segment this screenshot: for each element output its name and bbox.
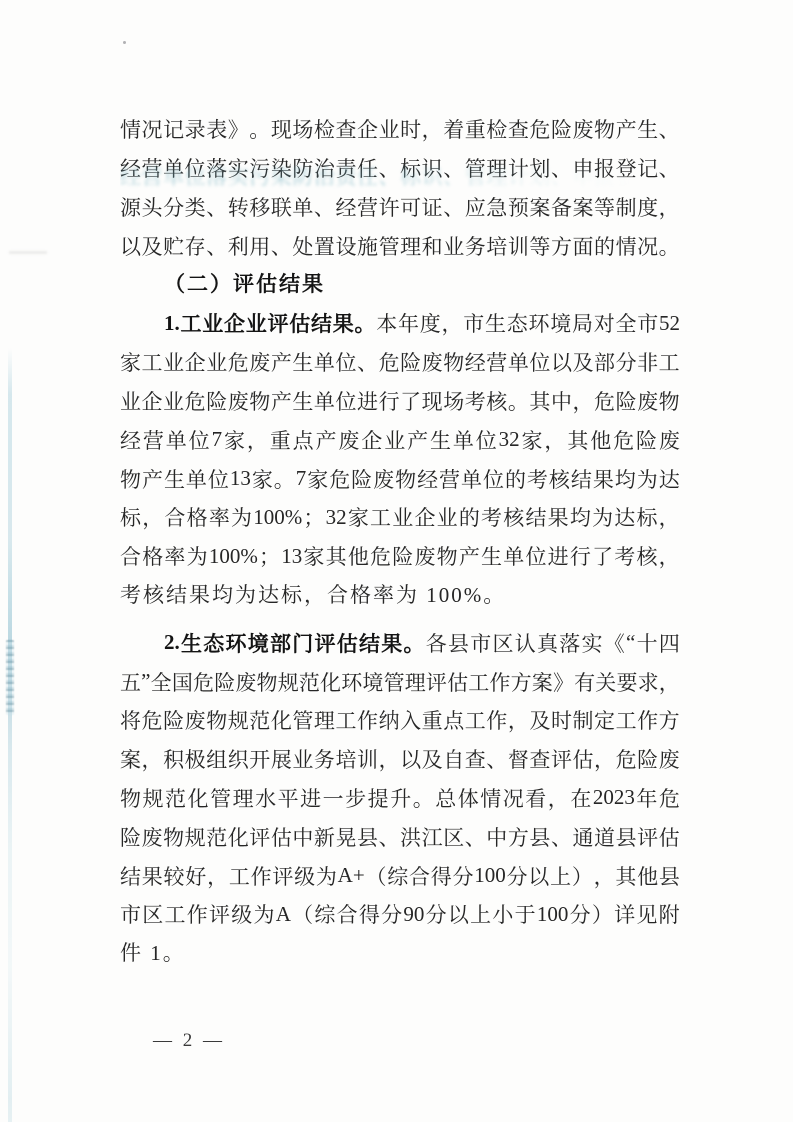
glyph: 分 <box>570 899 591 929</box>
glyph: 升 <box>390 783 411 813</box>
glyph: 率 <box>209 502 230 532</box>
glyph: 情 <box>120 114 141 144</box>
glyph: A <box>276 902 291 927</box>
glyph: 位 <box>483 464 504 494</box>
glyph: 预 <box>508 192 529 222</box>
glyph: 场 <box>292 114 313 144</box>
scan-smudge <box>9 251 47 254</box>
glyph: 实 <box>582 628 603 658</box>
glyph: 好 <box>185 861 206 891</box>
text-line: 源头分类、转移联单、经营许可证、应急预案备案等制度， <box>120 188 680 227</box>
glyph: 许 <box>379 192 400 222</box>
glyph: 生 <box>164 464 185 494</box>
glyph: 考 <box>614 541 635 571</box>
glyph: 单 <box>292 192 313 222</box>
glyph: 物 <box>257 667 278 697</box>
glyph: 上 <box>550 861 571 891</box>
glyph: 评 <box>209 899 230 929</box>
glyph: 、 <box>206 231 227 261</box>
glyph: 申 <box>572 153 593 183</box>
glyph: 100 <box>537 902 569 927</box>
glyph: 级 <box>231 899 252 929</box>
glyph: ， <box>572 386 593 416</box>
glyph: 生 <box>292 347 313 377</box>
glyph: 的 <box>505 464 526 494</box>
glyph: 定 <box>594 705 615 735</box>
glyph: ） <box>572 861 593 891</box>
glyph: 果 <box>333 308 354 338</box>
glyph: 经 <box>417 464 438 494</box>
document-body: 情况记录表》。现场检查企业时，着重检查危险废物产生、经营单位落实污染防治责任、标… <box>120 110 680 973</box>
glyph: 江 <box>422 822 443 852</box>
glyph: 水 <box>255 783 276 813</box>
glyph: 移 <box>249 192 270 222</box>
glyph: 等 <box>529 231 550 261</box>
glyph: 度 <box>420 308 441 338</box>
glyph: 。 <box>355 308 376 338</box>
glyph: 重 <box>465 114 486 144</box>
glyph: 落 <box>559 628 580 658</box>
glyph: 综 <box>314 899 335 929</box>
glyph: 以 <box>120 231 141 261</box>
text-line: 市区工作评级为A（综合得分90分以上小于100分）详见附 <box>120 895 680 934</box>
glyph: 纳 <box>379 705 400 735</box>
text-segment: 件 1。 <box>120 941 186 965</box>
glyph: 分 <box>426 899 447 929</box>
glyph: ， <box>142 744 163 774</box>
glyph: 联 <box>271 192 292 222</box>
glyph: 家 <box>303 541 324 571</box>
glyph: 险 <box>636 425 657 455</box>
glyph: 物 <box>163 822 184 852</box>
glyph: 他 <box>348 541 369 571</box>
glyph: 32 <box>326 505 347 530</box>
glyph: 工 <box>465 705 486 735</box>
glyph: 2. <box>164 630 180 655</box>
glyph: 危 <box>329 464 350 494</box>
glyph: 13 <box>281 544 302 569</box>
glyph: 县 <box>357 822 378 852</box>
glyph: 市 <box>120 899 141 929</box>
glyph: 估 <box>572 744 593 774</box>
glyph: 检 <box>314 114 335 144</box>
glyph: 进 <box>300 783 321 813</box>
glyph: 记 <box>637 153 658 183</box>
glyph: 面 <box>572 231 593 261</box>
glyph: 、 <box>659 153 680 183</box>
glyph: 分 <box>507 861 528 891</box>
glyph: 危 <box>659 783 680 813</box>
glyph: 90 <box>403 902 424 927</box>
glyph: 作 <box>187 899 208 929</box>
glyph: 步 <box>345 783 366 813</box>
glyph: 评 <box>551 744 572 774</box>
text-line: 标，合格率为100%；32家工业企业的考核结果均为达标， <box>120 498 680 537</box>
glyph: 物 <box>206 705 227 735</box>
glyph: 求 <box>638 667 659 697</box>
glyph: 境 <box>248 628 269 658</box>
glyph: 范 <box>299 667 320 697</box>
glyph: 果 <box>381 628 402 658</box>
glyph: 危 <box>185 386 206 416</box>
glyph: 7 <box>296 466 307 491</box>
glyph: 管 <box>210 783 231 813</box>
glyph: 废 <box>235 667 256 697</box>
glyph: 格 <box>187 502 208 532</box>
glyph: 真 <box>537 628 558 658</box>
glyph: 位 <box>185 153 206 183</box>
glyph: 极 <box>185 744 206 774</box>
glyph: 防 <box>292 153 313 183</box>
glyph: 估 <box>289 308 310 338</box>
text-line: 以及贮存、利用、处置设施管理和业务培训等方面的情况。 <box>120 226 680 265</box>
glyph: 果 <box>142 861 163 891</box>
glyph: 合 <box>120 541 141 571</box>
glyph: 评 <box>249 822 270 852</box>
glyph: 进 <box>357 386 378 416</box>
glyph: ； <box>259 541 280 571</box>
glyph: 分 <box>616 347 637 377</box>
glyph: 废 <box>142 822 163 852</box>
glyph: 评 <box>315 628 336 658</box>
glyph: 企 <box>224 308 245 338</box>
glyph: 企 <box>185 347 206 377</box>
glyph: 中 <box>292 822 313 852</box>
glyph: ； <box>303 502 324 532</box>
glyph: 和 <box>422 231 443 261</box>
glyph: 企 <box>142 386 163 416</box>
glyph: 理 <box>400 231 421 261</box>
glyph: 情 <box>480 783 501 813</box>
glyph: 废 <box>185 705 206 735</box>
glyph: 物 <box>249 386 270 416</box>
glyph: 以 <box>448 899 469 929</box>
glyph: 业 <box>292 744 313 774</box>
glyph: 制 <box>572 705 593 735</box>
glyph: 证 <box>422 192 443 222</box>
glyph: 营 <box>486 347 507 377</box>
glyph: 作 <box>486 705 507 735</box>
glyph: 企 <box>357 114 378 144</box>
glyph: 环 <box>341 667 362 697</box>
glyph: 分 <box>163 192 184 222</box>
glyph: 家 <box>522 425 543 455</box>
glyph: 重 <box>270 425 291 455</box>
glyph: 废 <box>373 464 394 494</box>
glyph: 的 <box>459 502 480 532</box>
glyph: 国 <box>172 667 193 697</box>
glyph: 危 <box>228 347 249 377</box>
glyph: 置 <box>314 231 335 261</box>
glyph: 理 <box>405 667 426 697</box>
glyph: 其 <box>529 386 550 416</box>
glyph: 况 <box>637 231 658 261</box>
glyph: 急 <box>486 192 507 222</box>
glyph: 估 <box>447 667 468 697</box>
glyph: 表 <box>206 114 227 144</box>
glyph: 进 <box>548 541 569 571</box>
glyph: 环 <box>529 308 550 338</box>
text-line: 险废物规范化评估中新晃县、洪江区、中方县、通道县评估 <box>120 817 680 856</box>
glyph: 区 <box>142 899 163 929</box>
glyph: 营 <box>357 192 378 222</box>
text-line: 结果较好，工作评级为A+（综合得分100分以上），其他县 <box>120 856 680 895</box>
glyph: 在 <box>570 783 591 813</box>
glyph: 废 <box>637 386 658 416</box>
glyph: 合 <box>337 899 358 929</box>
glyph: 结 <box>120 861 141 891</box>
glyph: 中 <box>551 386 572 416</box>
glyph: 小 <box>492 899 513 929</box>
glyph: 单 <box>314 347 335 377</box>
glyph: 家 <box>307 464 328 494</box>
glyph: ， <box>247 425 268 455</box>
glyph: 生 <box>485 308 506 338</box>
glyph: 工 <box>142 347 163 377</box>
glyph: 贮 <box>163 231 184 261</box>
glyph: 、 <box>443 153 464 183</box>
glyph: 产 <box>142 464 163 494</box>
glyph: 估 <box>337 628 358 658</box>
glyph: 案 <box>529 192 550 222</box>
glyph: 经 <box>335 192 356 222</box>
glyph: 施 <box>357 231 378 261</box>
glyph: 为 <box>637 464 658 494</box>
glyph: 全 <box>151 667 172 697</box>
glyph: 废 <box>572 114 593 144</box>
glyph: 营 <box>143 425 164 455</box>
glyph: 平 <box>278 783 299 813</box>
glyph: 重 <box>422 705 443 735</box>
glyph: 门 <box>292 628 313 658</box>
glyph: 单 <box>166 425 187 455</box>
glyph: 均 <box>615 464 636 494</box>
glyph: 点 <box>443 705 464 735</box>
glyph: 于 <box>515 899 536 929</box>
glyph: 规 <box>185 822 206 852</box>
glyph: 现 <box>422 386 443 416</box>
glyph: 要 <box>616 667 637 697</box>
glyph: 。 <box>508 386 529 416</box>
glyph: 训 <box>357 744 378 774</box>
glyph: 作 <box>489 667 510 697</box>
glyph: 以 <box>551 347 572 377</box>
text-line: 物规范化管理水平进一步提升。总体情况看，在2023年危 <box>120 779 680 818</box>
glyph: 总 <box>435 783 456 813</box>
glyph: 、 <box>659 114 680 144</box>
glyph: 业 <box>392 502 413 532</box>
glyph: 方 <box>511 667 532 697</box>
glyph: 。 <box>274 464 295 494</box>
glyph: 废 <box>422 347 443 377</box>
glyph: 险 <box>120 822 141 852</box>
glyph: 位 <box>476 425 497 455</box>
text-line: 2.生态环境部门评估结果。各县市区认真落实《“十四 <box>120 623 680 662</box>
glyph: 市 <box>470 628 491 658</box>
glyph: 险 <box>400 347 421 377</box>
glyph: 核 <box>486 386 507 416</box>
scan-speck <box>123 41 126 44</box>
glyph: 物 <box>594 114 615 144</box>
glyph: 度 <box>637 192 658 222</box>
glyph: 提 <box>368 783 389 813</box>
glyph: 级 <box>294 861 315 891</box>
glyph: 物 <box>437 541 458 571</box>
glyph: 及 <box>529 705 550 735</box>
glyph: 化 <box>320 667 341 697</box>
glyph: 市 <box>637 308 658 338</box>
glyph: 营 <box>439 464 460 494</box>
glyph: 单 <box>503 541 524 571</box>
glyph: 时 <box>551 705 572 735</box>
glyph: 工 <box>229 861 250 891</box>
text-line: 考核结果均为达标，合格率为 100%。 <box>120 576 680 615</box>
glyph: 态 <box>507 308 528 338</box>
glyph: 识 <box>422 153 443 183</box>
glyph: 处 <box>292 231 313 261</box>
glyph: 32 <box>499 427 520 452</box>
glyph: 登 <box>616 153 637 183</box>
glyph: 区 <box>443 822 464 852</box>
glyph: 入 <box>400 705 421 735</box>
glyph: 、 <box>551 822 572 852</box>
glyph: 废 <box>249 347 270 377</box>
glyph: 织 <box>228 744 249 774</box>
glyph: ， <box>207 861 228 891</box>
glyph: 。 <box>413 783 434 813</box>
glyph: 设 <box>335 231 356 261</box>
scanner-edge-stripes-artifact <box>6 640 14 715</box>
glyph: 范 <box>165 783 186 813</box>
glyph: 营 <box>142 153 163 183</box>
glyph: ， <box>379 744 400 774</box>
glyph: 方 <box>551 231 572 261</box>
glyph: 格 <box>142 541 163 571</box>
glyph: 业 <box>443 231 464 261</box>
glyph: 综 <box>387 861 408 891</box>
glyph: 分 <box>381 899 402 929</box>
glyph: 估 <box>271 822 292 852</box>
glyph: 体 <box>458 783 479 813</box>
glyph: 组 <box>206 744 227 774</box>
glyph: 经 <box>120 425 141 455</box>
text-line: 案，积极组织开展业务培训，以及自查、督查评估，危险废 <box>120 740 680 779</box>
glyph: ， <box>142 502 163 532</box>
glyph: 家 <box>120 347 141 377</box>
glyph: 理 <box>486 153 507 183</box>
glyph: 源 <box>120 192 141 222</box>
glyph: 作 <box>357 705 378 735</box>
text-line: （二）评估结果 <box>120 265 680 304</box>
glyph: ， <box>422 114 443 144</box>
glyph: 记 <box>163 114 184 144</box>
glyph: 范 <box>249 705 270 735</box>
glyph: 果 <box>593 464 614 494</box>
glyph: 为 <box>231 502 252 532</box>
glyph: 管 <box>379 231 400 261</box>
glyph: ， <box>508 705 529 735</box>
glyph: 单 <box>461 464 482 494</box>
glyph: 规 <box>278 667 299 697</box>
glyph: 产 <box>271 347 292 377</box>
glyph: 及 <box>422 744 443 774</box>
glyph: 存 <box>185 231 206 261</box>
glyph: “ <box>626 630 635 655</box>
glyph: 评 <box>268 308 289 338</box>
glyph: 达 <box>614 502 635 532</box>
glyph: 新 <box>314 822 335 852</box>
glyph: 年 <box>398 308 419 338</box>
glyph: 以 <box>528 861 549 891</box>
glyph: 考 <box>465 386 486 416</box>
glyph: 四 <box>659 628 680 658</box>
glyph: 》 <box>228 114 249 144</box>
glyph: 染 <box>271 153 292 183</box>
glyph: 其 <box>567 425 588 455</box>
glyph: 任 <box>357 153 378 183</box>
glyph: 工 <box>616 705 637 735</box>
glyph: 化 <box>188 783 209 813</box>
glyph: 晃 <box>335 822 356 852</box>
glyph: 县 <box>659 861 680 891</box>
glyph: 达 <box>659 464 680 494</box>
glyph: 五 <box>120 667 141 697</box>
glyph: 务 <box>465 231 486 261</box>
glyph: 本 <box>376 308 397 338</box>
glyph: 险 <box>637 744 658 774</box>
glyph: 查 <box>335 114 356 144</box>
glyph: 境 <box>550 308 571 338</box>
glyph: 县 <box>616 822 637 852</box>
text-line: 经营单位落实污染防治责任、标识、管理计划、申报登记、经营单位落实污染防治责任、标… <box>120 149 680 188</box>
glyph: 全 <box>616 308 637 338</box>
glyph: 物 <box>659 386 680 416</box>
glyph: 理 <box>233 783 254 813</box>
glyph: 、 <box>206 192 227 222</box>
glyph: 经 <box>120 153 141 183</box>
glyph: 十 <box>637 628 658 658</box>
glyph: 单 <box>314 386 335 416</box>
glyph: 危 <box>142 705 163 735</box>
glyph: 工 <box>370 502 391 532</box>
glyph: 险 <box>163 705 184 735</box>
glyph: 洪 <box>400 822 421 852</box>
glyph: 合 <box>164 502 185 532</box>
glyph: 产 <box>316 425 337 455</box>
glyph: 险 <box>206 386 227 416</box>
glyph: 点 <box>293 425 314 455</box>
glyph: 各 <box>426 628 447 658</box>
glyph: 位 <box>525 541 546 571</box>
glyph: 道 <box>594 822 615 852</box>
glyph: 、 <box>379 822 400 852</box>
glyph: 危 <box>613 425 634 455</box>
glyph: 核 <box>549 464 570 494</box>
glyph: 较 <box>164 861 185 891</box>
glyph: 县 <box>448 628 469 658</box>
glyph: 险 <box>616 386 637 416</box>
glyph: 现 <box>271 114 292 144</box>
glyph: 作 <box>251 861 272 891</box>
glyph: 管 <box>292 705 313 735</box>
glyph: 险 <box>392 541 413 571</box>
glyph: 产 <box>459 541 480 571</box>
glyph: 结 <box>525 502 546 532</box>
text-line: 业企业危险废物产生单位进行了现场考核。其中，危险废物 <box>120 382 680 421</box>
glyph: 企 <box>414 502 435 532</box>
glyph: 位 <box>335 386 356 416</box>
glyph: 评 <box>426 667 447 697</box>
